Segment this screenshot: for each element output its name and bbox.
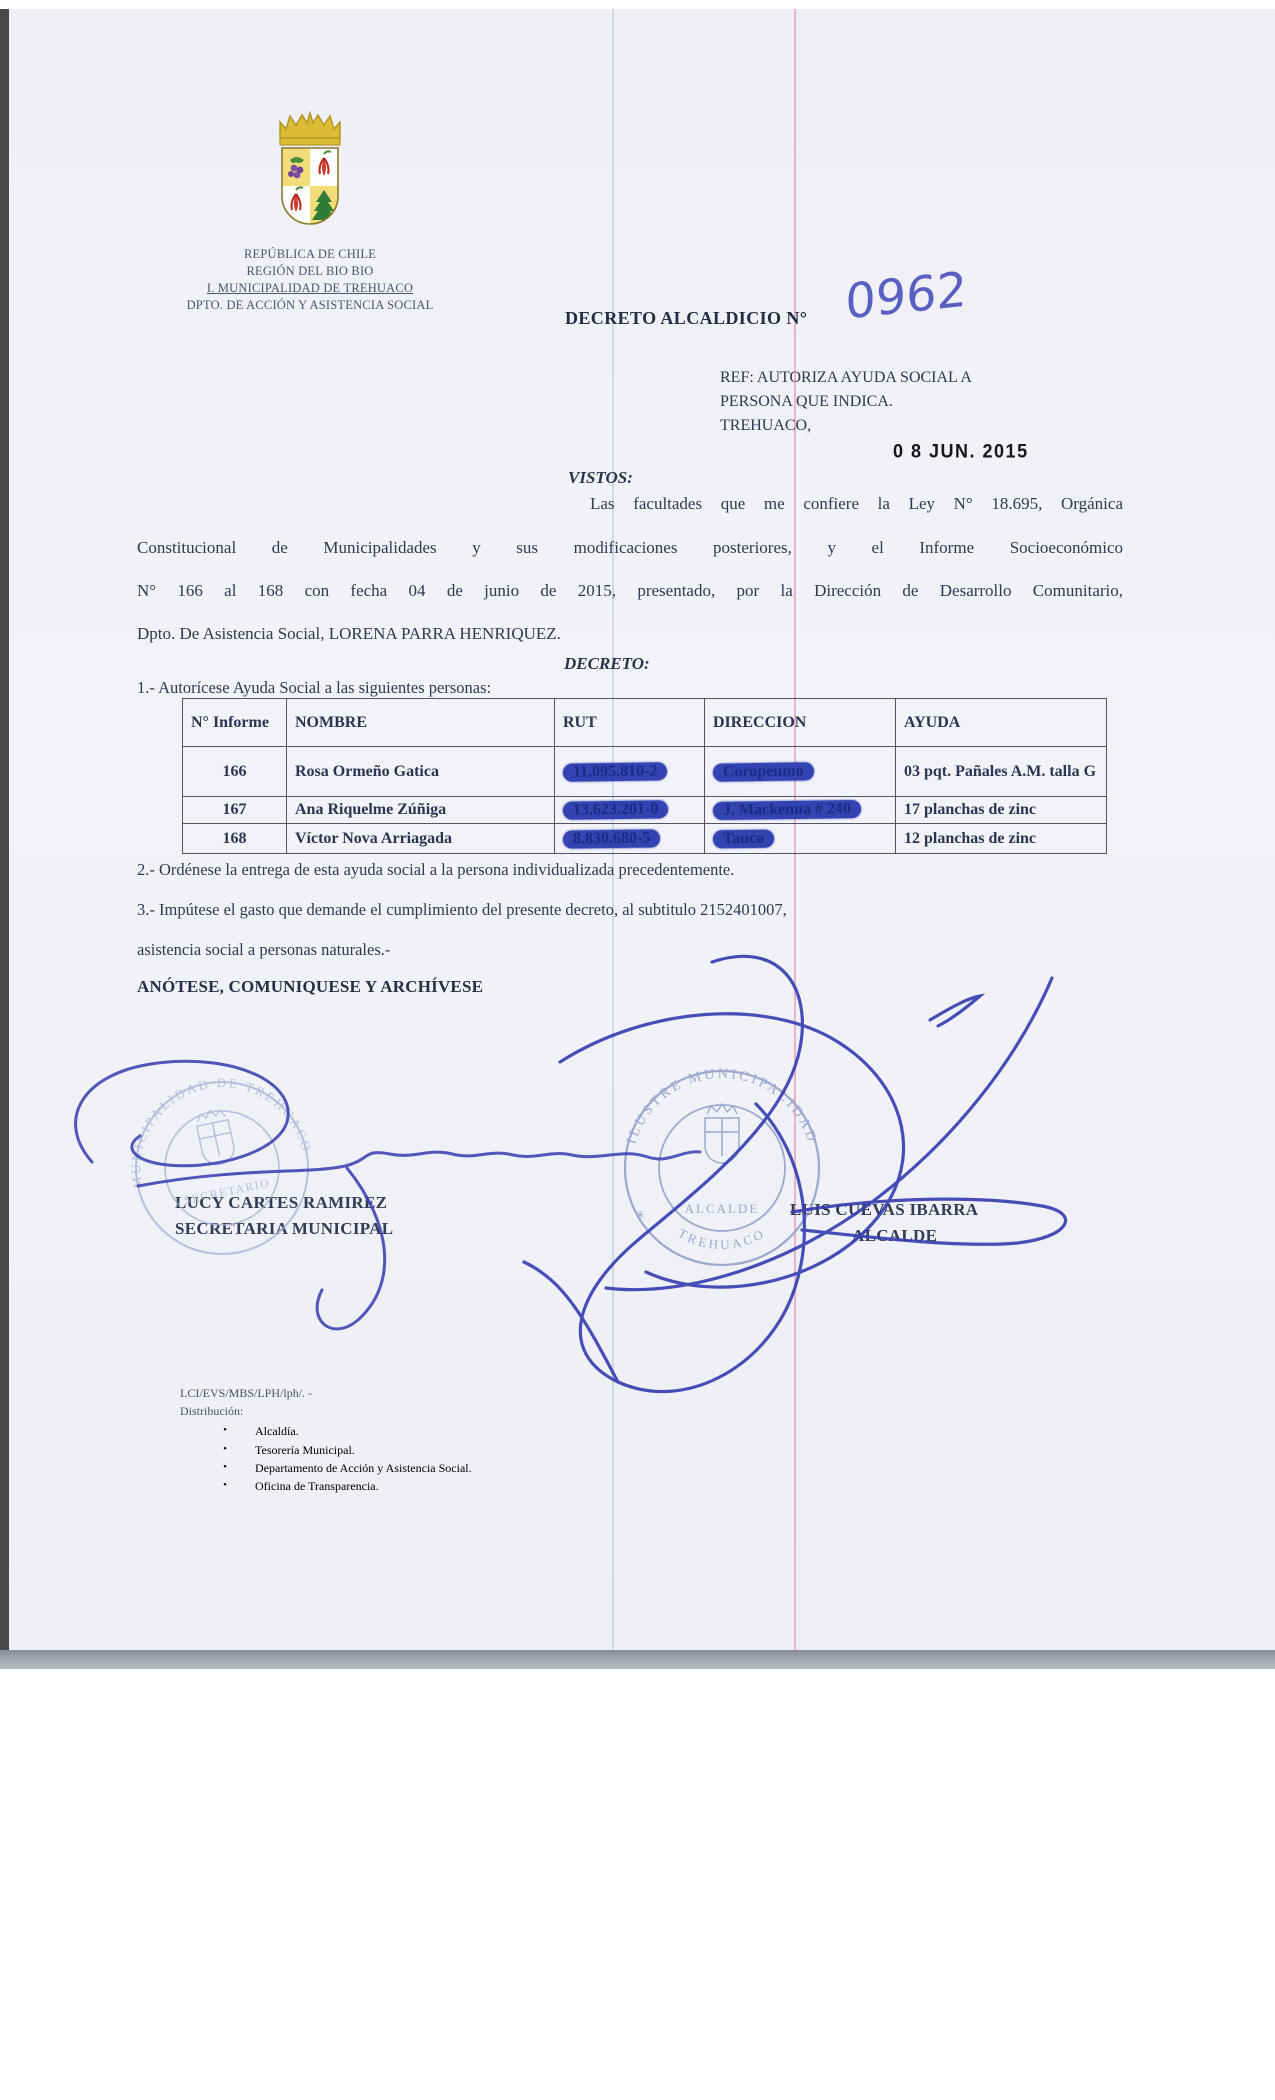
- decree-item-2: 2.- Ordénese la entrega de esta ayuda so…: [137, 860, 734, 880]
- table-row: 166 Rosa Ormeño Gatica 11.095.810-2 Coro…: [183, 747, 1107, 797]
- redacted-rut: 13.623.201-0: [563, 800, 669, 819]
- redacted-direccion: Tauco: [713, 829, 774, 848]
- decree-item-3-cont: asistencia social a personas naturales.-: [137, 940, 390, 960]
- distribution-item: • Oficina de Transparencia.: [195, 1479, 379, 1494]
- ref-line-3: TREHUACO,: [720, 414, 1030, 438]
- redacted-rut: 8.830.680-5: [563, 829, 661, 848]
- bullet-icon: •: [195, 1461, 255, 1476]
- cell-informe: 167: [183, 797, 287, 824]
- cell-nombre: Rosa Ormeño Gatica: [287, 747, 555, 797]
- distribution-label: Distribución:: [180, 1404, 243, 1419]
- letterhead-municipality: I. MUNICIPALIDAD DE TREHUACO: [150, 280, 470, 297]
- bullet-icon: •: [195, 1424, 255, 1439]
- table-row: 168 Víctor Nova Arriagada 8.830.680-5 Ta…: [183, 824, 1107, 854]
- cell-ayuda: 17 planchas de zinc: [896, 797, 1107, 824]
- cell-ayuda: 03 pqt. Pañales A.M. talla G: [896, 747, 1107, 797]
- scanned-decree-page: REPÚBLICA DE CHILE REGIÓN DEL BIO BIO I.…: [0, 0, 1275, 2100]
- redacted-rut: 11.095.810-2: [563, 762, 668, 781]
- cell-ayuda: 12 planchas de zinc: [896, 824, 1107, 854]
- decree-title: DECRETO ALCALDICIO N°: [565, 308, 807, 329]
- vistos-text-line: Dpto. De Asistencia Social, LORENA PARRA…: [137, 624, 1123, 644]
- redacted-direccion: Coropeumo: [713, 762, 814, 781]
- vistos-text-line: N° 166 al 168 con fecha 04 de junio de 2…: [137, 581, 1123, 601]
- coat-of-arms: [270, 110, 350, 238]
- letterhead-country: REPÚBLICA DE CHILE: [150, 246, 470, 263]
- cell-informe: 166: [183, 747, 287, 797]
- cell-nombre: Ana Riquelme Zúñiga: [287, 797, 555, 824]
- col-header-direccion: DIRECCION: [705, 699, 896, 747]
- shield-quarters: [282, 148, 338, 226]
- ref-line-2: PERSONA QUE INDICA.: [720, 390, 1030, 414]
- col-header-ayuda: AYUDA: [896, 699, 1107, 747]
- drafting-initials: LCI/EVS/MBS/LPH/lph/. -: [180, 1386, 312, 1401]
- mayor-name: LUIS CUEVAS IBARRA: [790, 1200, 978, 1220]
- date-stamp: 0 8 JUN. 2015: [893, 440, 1029, 463]
- ref-line-1: REF: AUTORIZA AYUDA SOCIAL A: [720, 366, 1030, 390]
- bullet-icon: •: [195, 1443, 255, 1458]
- ref-block: REF: AUTORIZA AYUDA SOCIAL A PERSONA QUE…: [720, 366, 1030, 438]
- vistos-text-line: Constitucional de Municipalidades y sus …: [137, 538, 1123, 558]
- secretary-name: LUCY CARTES RAMIREZ: [175, 1193, 387, 1213]
- table-header-row: N° Informe NOMBRE RUT DIRECCION AYUDA: [183, 699, 1107, 747]
- closing-formula: ANÓTESE, COMUNIQUESE Y ARCHÍVESE: [137, 977, 483, 997]
- col-header-rut: RUT: [555, 699, 705, 747]
- col-header-informe: N° Informe: [183, 699, 287, 747]
- mayor-title: ALCALDE: [852, 1226, 937, 1246]
- decree-item-1: 1.- Autorícese Ayuda Social a las siguie…: [137, 678, 491, 698]
- bullet-icon: •: [195, 1479, 255, 1494]
- crown-icon: [280, 113, 340, 138]
- redacted-direccion: J. Mackenna # 240: [713, 800, 861, 820]
- letterhead: REPÚBLICA DE CHILE REGIÓN DEL BIO BIO I.…: [150, 246, 470, 314]
- scan-bottom-edge: [0, 1650, 1275, 1669]
- cell-nombre: Víctor Nova Arriagada: [287, 824, 555, 854]
- letterhead-region: REGIÓN DEL BIO BIO: [150, 263, 470, 280]
- vistos-text-line: Las facultades que me confiere la Ley N°…: [590, 494, 1123, 514]
- decreto-label: DECRETO:: [564, 654, 650, 674]
- distribution-item: • Alcaldía.: [195, 1424, 299, 1439]
- table-row: 167 Ana Riquelme Zúñiga 13.623.201-0 J. …: [183, 797, 1107, 824]
- cell-informe: 168: [183, 824, 287, 854]
- col-header-nombre: NOMBRE: [287, 699, 555, 747]
- distribution-item: • Departamento de Acción y Asistencia So…: [195, 1461, 472, 1476]
- distribution-item: • Tesorería Municipal.: [195, 1443, 355, 1458]
- scan-edge-strip: [0, 9, 9, 1650]
- decree-item-3: 3.- Impútese el gasto que demande el cum…: [137, 900, 787, 920]
- secretary-title: SECRETARIA MUNICIPAL: [175, 1219, 393, 1239]
- vistos-label: VISTOS:: [568, 468, 633, 488]
- beneficiaries-table: N° Informe NOMBRE RUT DIRECCION AYUDA 16…: [182, 698, 1107, 854]
- letterhead-department: DPTO. DE ACCIÓN Y ASISTENCIA SOCIAL: [150, 297, 470, 314]
